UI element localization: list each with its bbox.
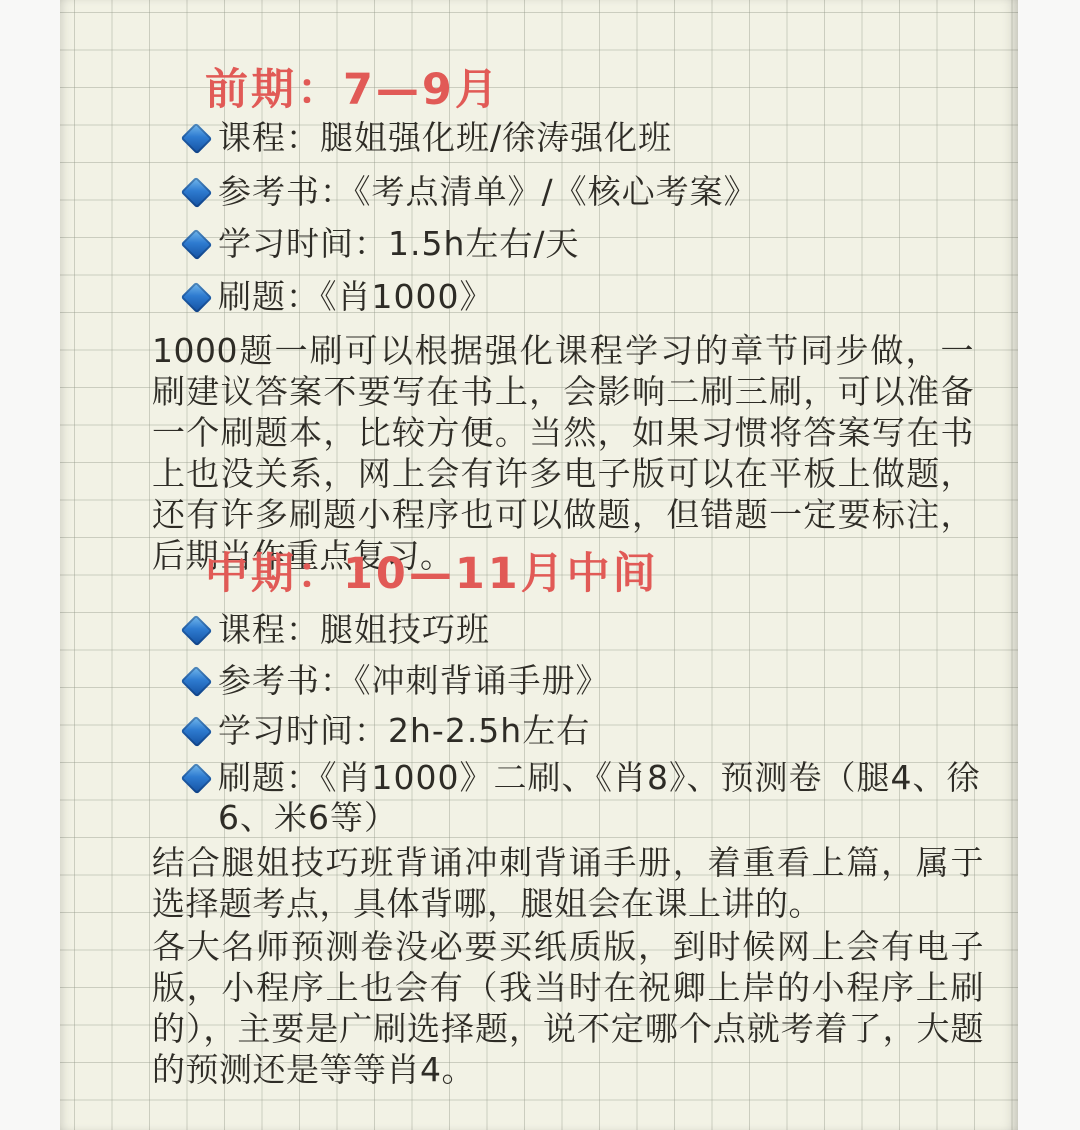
- blue-diamond-icon: [181, 715, 213, 747]
- bullet-item-study-time: 学习时间：1.5h左右/天: [183, 224, 580, 264]
- bullet-text: 课程：腿姐强化班/徐涛强化班: [218, 118, 672, 158]
- bullet-text: 课程：腿姐技巧班: [218, 610, 490, 650]
- study-note-page: 前期：7—9月 课程：腿姐强化班/徐涛强化班 参考书：《考点清单》/《核心考案》…: [0, 0, 1080, 1130]
- note-paragraph: 各大名师预测卷没必要买纸质版，到时候网上会有电子版，小程序上也会有（我当时在祝卿…: [152, 926, 984, 1090]
- bullet-item-practice: 刷题：《肖1000》二刷、《肖8》、预测卷（腿4、徐6、米6等）: [183, 758, 983, 838]
- section-heading-early: 前期：7—9月: [205, 56, 501, 117]
- bullet-text: 学习时间：2h-2.5h左右: [218, 711, 590, 751]
- blue-diamond-icon: [181, 228, 213, 260]
- bullet-text: 刷题：《肖1000》二刷、《肖8》、预测卷（腿4、徐6、米6等）: [218, 758, 983, 838]
- bullet-item-course: 课程：腿姐强化班/徐涛强化班: [183, 118, 672, 158]
- note-paragraph: 结合腿姐技巧班背诵冲刺背诵手册，着重看上篇，属于选择题考点，具体背哪，腿姐会在课…: [152, 842, 984, 924]
- bullet-text: 参考书：《考点清单》/《核心考案》: [218, 172, 758, 212]
- bullet-item-books: 参考书：《考点清单》/《核心考案》: [183, 172, 758, 212]
- blue-diamond-icon: [181, 122, 213, 154]
- section-heading-middle: 中期：10—11月中间: [205, 540, 659, 601]
- bullet-text: 参考书：《冲刺背诵手册》: [218, 661, 610, 701]
- bullet-item-practice: 刷题：《肖1000》: [183, 277, 493, 317]
- blue-diamond-icon: [181, 763, 213, 795]
- blue-diamond-icon: [181, 665, 213, 697]
- blue-diamond-icon: [181, 176, 213, 208]
- bullet-item-study-time: 学习时间：2h-2.5h左右: [183, 711, 590, 751]
- bullet-text: 学习时间：1.5h左右/天: [218, 224, 580, 264]
- blue-diamond-icon: [181, 281, 213, 313]
- bullet-text: 刷题：《肖1000》: [218, 277, 493, 317]
- bullet-item-course: 课程：腿姐技巧班: [183, 610, 490, 650]
- bullet-item-books: 参考书：《冲刺背诵手册》: [183, 661, 610, 701]
- blue-diamond-icon: [181, 614, 213, 646]
